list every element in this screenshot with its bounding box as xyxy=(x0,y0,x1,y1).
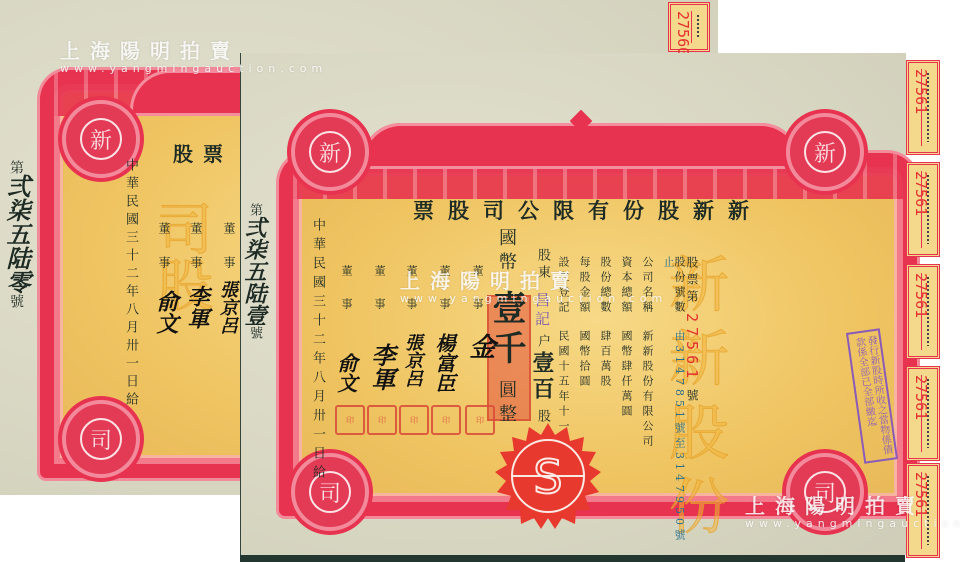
director-4-title: 董事 xyxy=(374,265,385,331)
capital-value: 國幣肆仟萬圓 xyxy=(620,330,633,420)
director-3-seal: 印 xyxy=(399,405,429,435)
front-serial-prefix: 第 xyxy=(247,203,262,216)
front-crest-bottom-left: 司 xyxy=(291,453,369,531)
front-serial-stub: 第弍柒五陆壹號 xyxy=(243,203,265,339)
director-5-signature: 俞文 xyxy=(336,353,356,393)
shareholder-shares: 壹百 xyxy=(529,351,555,403)
front-top-scroll xyxy=(361,123,801,169)
back-serial-prefix: 第 xyxy=(8,160,24,174)
back-title: 股票 xyxy=(173,138,233,167)
auction-watermark-bottom: 上海陽明拍賣 www.yangmingauction.com xyxy=(745,490,960,530)
shareholder-household: 户 xyxy=(535,334,550,351)
front-crest-top-right: 新 xyxy=(786,113,864,191)
bottom-edge xyxy=(240,555,905,562)
per-share-value: 國幣拾圓 xyxy=(578,330,591,390)
director-2-seal: 印 xyxy=(431,405,461,435)
coupon-3: 27561 xyxy=(906,264,940,359)
director-1-signature: 金 xyxy=(467,333,493,359)
back-signature-zhang: 張京呂 xyxy=(218,280,236,334)
coupon-4: 27561 xyxy=(906,366,940,461)
director-5-title: 董事 xyxy=(341,265,352,331)
director-3-signature: 張京呂 xyxy=(403,333,421,387)
back-signature-yu: 俞文 xyxy=(155,290,177,334)
director-1-seal: 印 xyxy=(465,405,495,435)
company-name-value: 新新股份有限公司 xyxy=(641,330,654,450)
coupon-2: 27561 xyxy=(906,162,940,257)
back-serial-number: 弍柒五陆零 xyxy=(2,174,31,294)
back-crest-bottom-left: 司 xyxy=(62,400,140,478)
back-signature-li: 李軍 xyxy=(186,285,208,329)
front-crest-top-left: 新 xyxy=(291,113,369,191)
director-4-seal: 印 xyxy=(367,405,397,435)
svg-text:S: S xyxy=(533,450,562,504)
back-date: 中華民國三十二年八月卅一日給 xyxy=(124,158,137,410)
back-director-2: 董事 xyxy=(190,222,202,290)
back-serial-stub: 第弍柒五陆零號 xyxy=(4,160,28,308)
front-date: 中華民國三十二年八月卅一日給 xyxy=(311,218,324,484)
back-director-1: 董事 xyxy=(158,222,170,290)
cert-no-label: 股票第 xyxy=(685,256,699,307)
company-seal-icon: S xyxy=(493,421,603,531)
cert-no-suffix: 號 xyxy=(685,389,699,406)
back-serial-suffix: 號 xyxy=(8,294,24,308)
front-serial-number: 弍柒五陆壹 xyxy=(241,216,267,326)
front-title: 新新股份有限公司股票 xyxy=(413,195,763,225)
back-coupon-top: 27560 xyxy=(668,2,710,52)
amount-column: 國幣壹千圓整 xyxy=(489,228,523,428)
director-2-signature: 楊富臣 xyxy=(434,333,454,393)
director-5-seal: 印 xyxy=(335,405,365,435)
coupon-1: 27561 xyxy=(906,60,940,155)
front-serial-suffix: 號 xyxy=(247,326,262,339)
back-coupon-number: 27560 xyxy=(675,11,690,56)
director-4-signature: 李軍 xyxy=(369,343,393,391)
auction-watermark-top: 上海陽明拍賣 www.yangmingauction.com xyxy=(60,35,327,75)
auction-watermark-center: 上海陽明拍賣 www.yangmingauction.com xyxy=(400,265,667,305)
cert-no-column: 股票第27561號 xyxy=(684,256,699,406)
total-shares-value: 肆百萬股 xyxy=(599,330,612,390)
